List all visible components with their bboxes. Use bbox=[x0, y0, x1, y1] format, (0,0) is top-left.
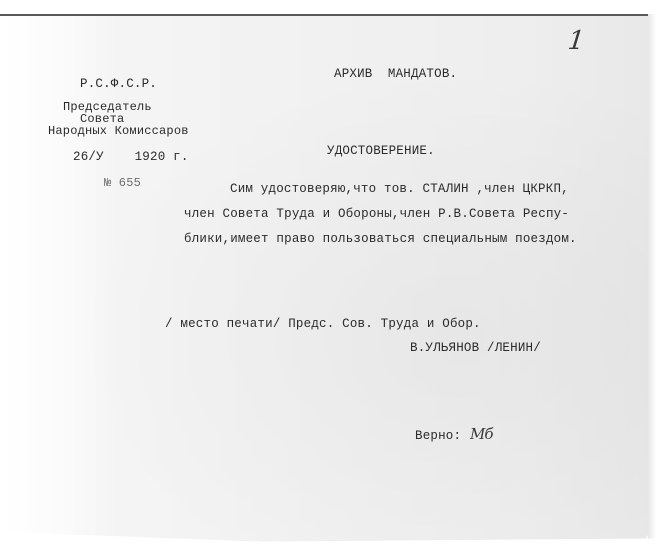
certified-signature: Мб bbox=[470, 427, 493, 442]
paper-left-fade bbox=[0, 16, 120, 548]
header-state: Р.С.Ф.С.Р. bbox=[80, 78, 157, 91]
body-line-1: Сим удостоверяю,что тов. СТАЛИН ,член ЦК… bbox=[230, 183, 569, 196]
body-line-3: блики,имеет право пользоваться специальн… bbox=[184, 233, 577, 246]
paper-right-edge bbox=[648, 14, 656, 548]
scanned-document-page: 1 Р.С.Ф.С.Р. Председатель Совета Народны… bbox=[0, 0, 656, 548]
header-date: 26/У 1920 г. bbox=[73, 151, 189, 164]
handwritten-page-number: 1 bbox=[567, 28, 586, 54]
signatory: В.УЛЬЯНОВ /ЛЕНИН/ bbox=[410, 342, 541, 355]
body-line-2: член Совета Труда и Обороны,член Р.В.Сов… bbox=[184, 208, 569, 221]
archive-title: АРХИВ МАНДАТОВ. bbox=[334, 68, 457, 81]
certified-label: Верно: bbox=[415, 430, 461, 443]
header-number: № 655 bbox=[104, 177, 141, 189]
document-title: УДОСТОВЕРЕНИЕ. bbox=[327, 145, 435, 158]
seal-line: / место печати/ Предс. Сов. Труда и Обор… bbox=[165, 318, 481, 331]
header-office-line3: Народных Комиссаров bbox=[48, 125, 189, 137]
